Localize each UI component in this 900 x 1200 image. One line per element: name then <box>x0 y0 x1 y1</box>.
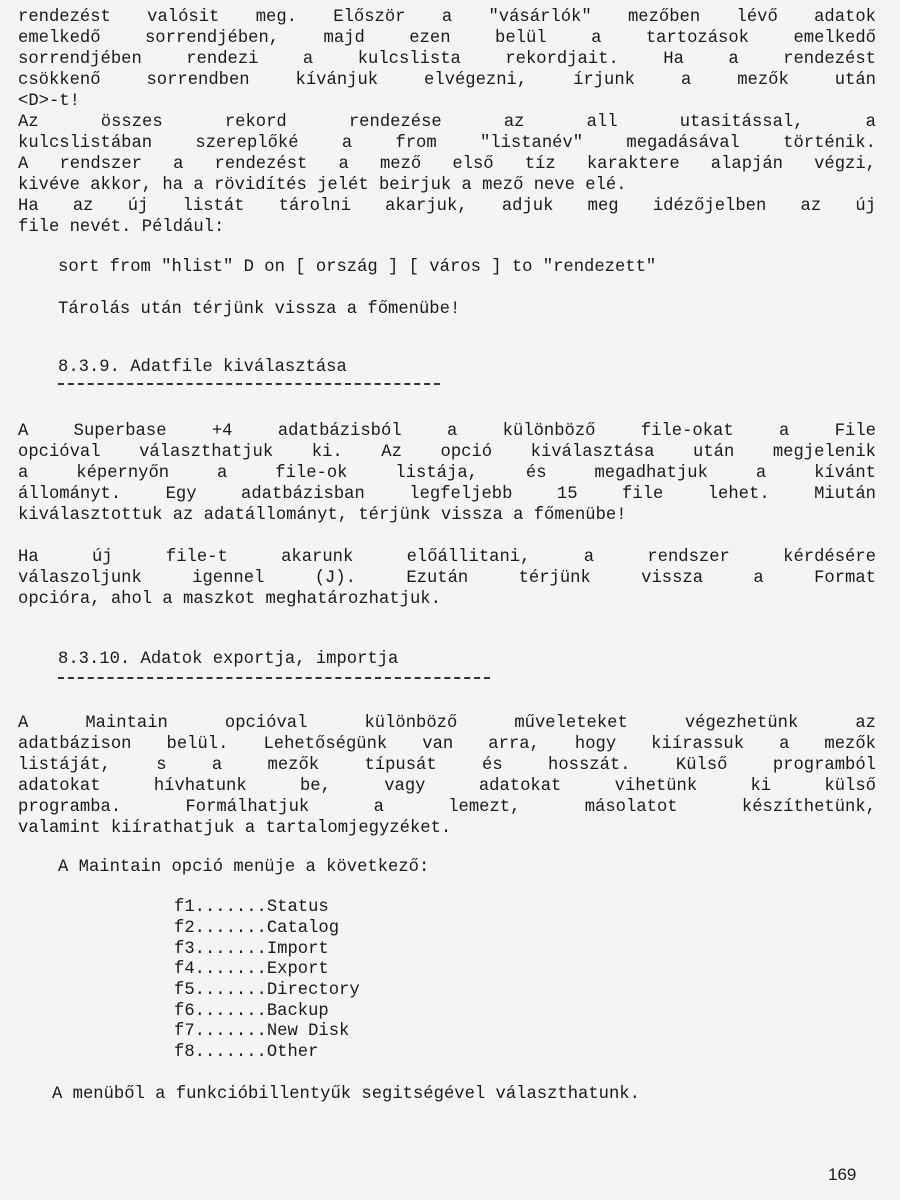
menu-item-f8: f8.......Other <box>174 1043 318 1064</box>
text-line: adatbázison belül. Lehetőségünk van arra… <box>18 735 876 756</box>
text-line: listáját, s a mezők típusát és hosszát. … <box>18 756 876 777</box>
text-line: A Superbase +4 adatbázisból a különböző … <box>18 422 876 443</box>
heading-underline <box>58 677 490 679</box>
menu-intro: A Maintain opció menüje a következő: <box>58 858 900 879</box>
text-line: valamint kiírathatjuk a tartalomjegyzéke… <box>18 819 876 840</box>
text-line: a képernyőn a file-ok listája, és megadh… <box>18 464 876 485</box>
page-number: 169 <box>828 1165 856 1185</box>
text-line: file nevét. Például: <box>18 218 876 239</box>
text-line: kivéve akkor, ha a rövidítés jelét beirj… <box>18 176 876 197</box>
section-heading-839: 8.3.9. Adatfile kiválasztása <box>58 358 900 379</box>
menu-item-f6: f6.......Backup <box>174 1002 329 1023</box>
text-line: állományt. Egy adatbázisban legfeljebb 1… <box>18 485 876 506</box>
text-line: opcióval választhatjuk ki. Az opció kivá… <box>18 443 876 464</box>
menu-item-f2: f2.......Catalog <box>174 919 339 940</box>
text-line: Ha az új listát tárolni akarjuk, adjuk m… <box>18 197 876 218</box>
code-example: sort from "hlist" D on [ ország ] [ váro… <box>58 258 900 279</box>
text-line: <D>-t! <box>18 92 876 113</box>
text-line: válaszoljunk igennel (J). Ezután térjünk… <box>18 569 876 590</box>
text-line: A Maintain opcióval különböző műveleteke… <box>18 714 876 735</box>
text-line: kulcslistában szereplőké a from "listané… <box>18 134 876 155</box>
text-line: Ha új file-t akarunk előállitani, a rend… <box>18 548 876 569</box>
menu-item-f1: f1.......Status <box>174 898 329 919</box>
menu-item-f3: f3.......Import <box>174 940 329 961</box>
menu-item-f5: f5.......Directory <box>174 981 360 1002</box>
text-line: csökkenő sorrendben kívánjuk elvégezni, … <box>18 71 876 92</box>
text-line: Az összes rekord rendezése az all utasit… <box>18 113 876 134</box>
text-line: adatokat hívhatunk be, vagy adatokat vih… <box>18 777 876 798</box>
text-line: A rendszer a rendezést a mező első tíz k… <box>18 155 876 176</box>
text-line: rendezést valósit meg. Először a "vásárl… <box>18 8 876 29</box>
closing-sentence: A menüből a funkcióbillentyűk segitségév… <box>52 1085 900 1106</box>
text-line: opcióra, ahol a maszkot meghatározhatjuk… <box>18 590 876 611</box>
menu-item-f4: f4.......Export <box>174 960 329 981</box>
text-line: programba. Formálhatjuk a lemezt, másola… <box>18 798 876 819</box>
section-heading-8310: 8.3.10. Adatok exportja, importja <box>58 650 900 671</box>
text-line: kiválasztottuk az adatállományt, térjünk… <box>18 506 876 527</box>
text-line: emelkedő sorrendjében, majd ezen belül a… <box>18 29 876 50</box>
heading-underline <box>58 383 440 385</box>
store-note: Tárolás után térjünk vissza a főmenübe! <box>58 300 900 321</box>
menu-item-f7: f7.......New Disk <box>174 1022 349 1043</box>
text-line: sorrendjében rendezi a kulcslista rekord… <box>18 50 876 71</box>
